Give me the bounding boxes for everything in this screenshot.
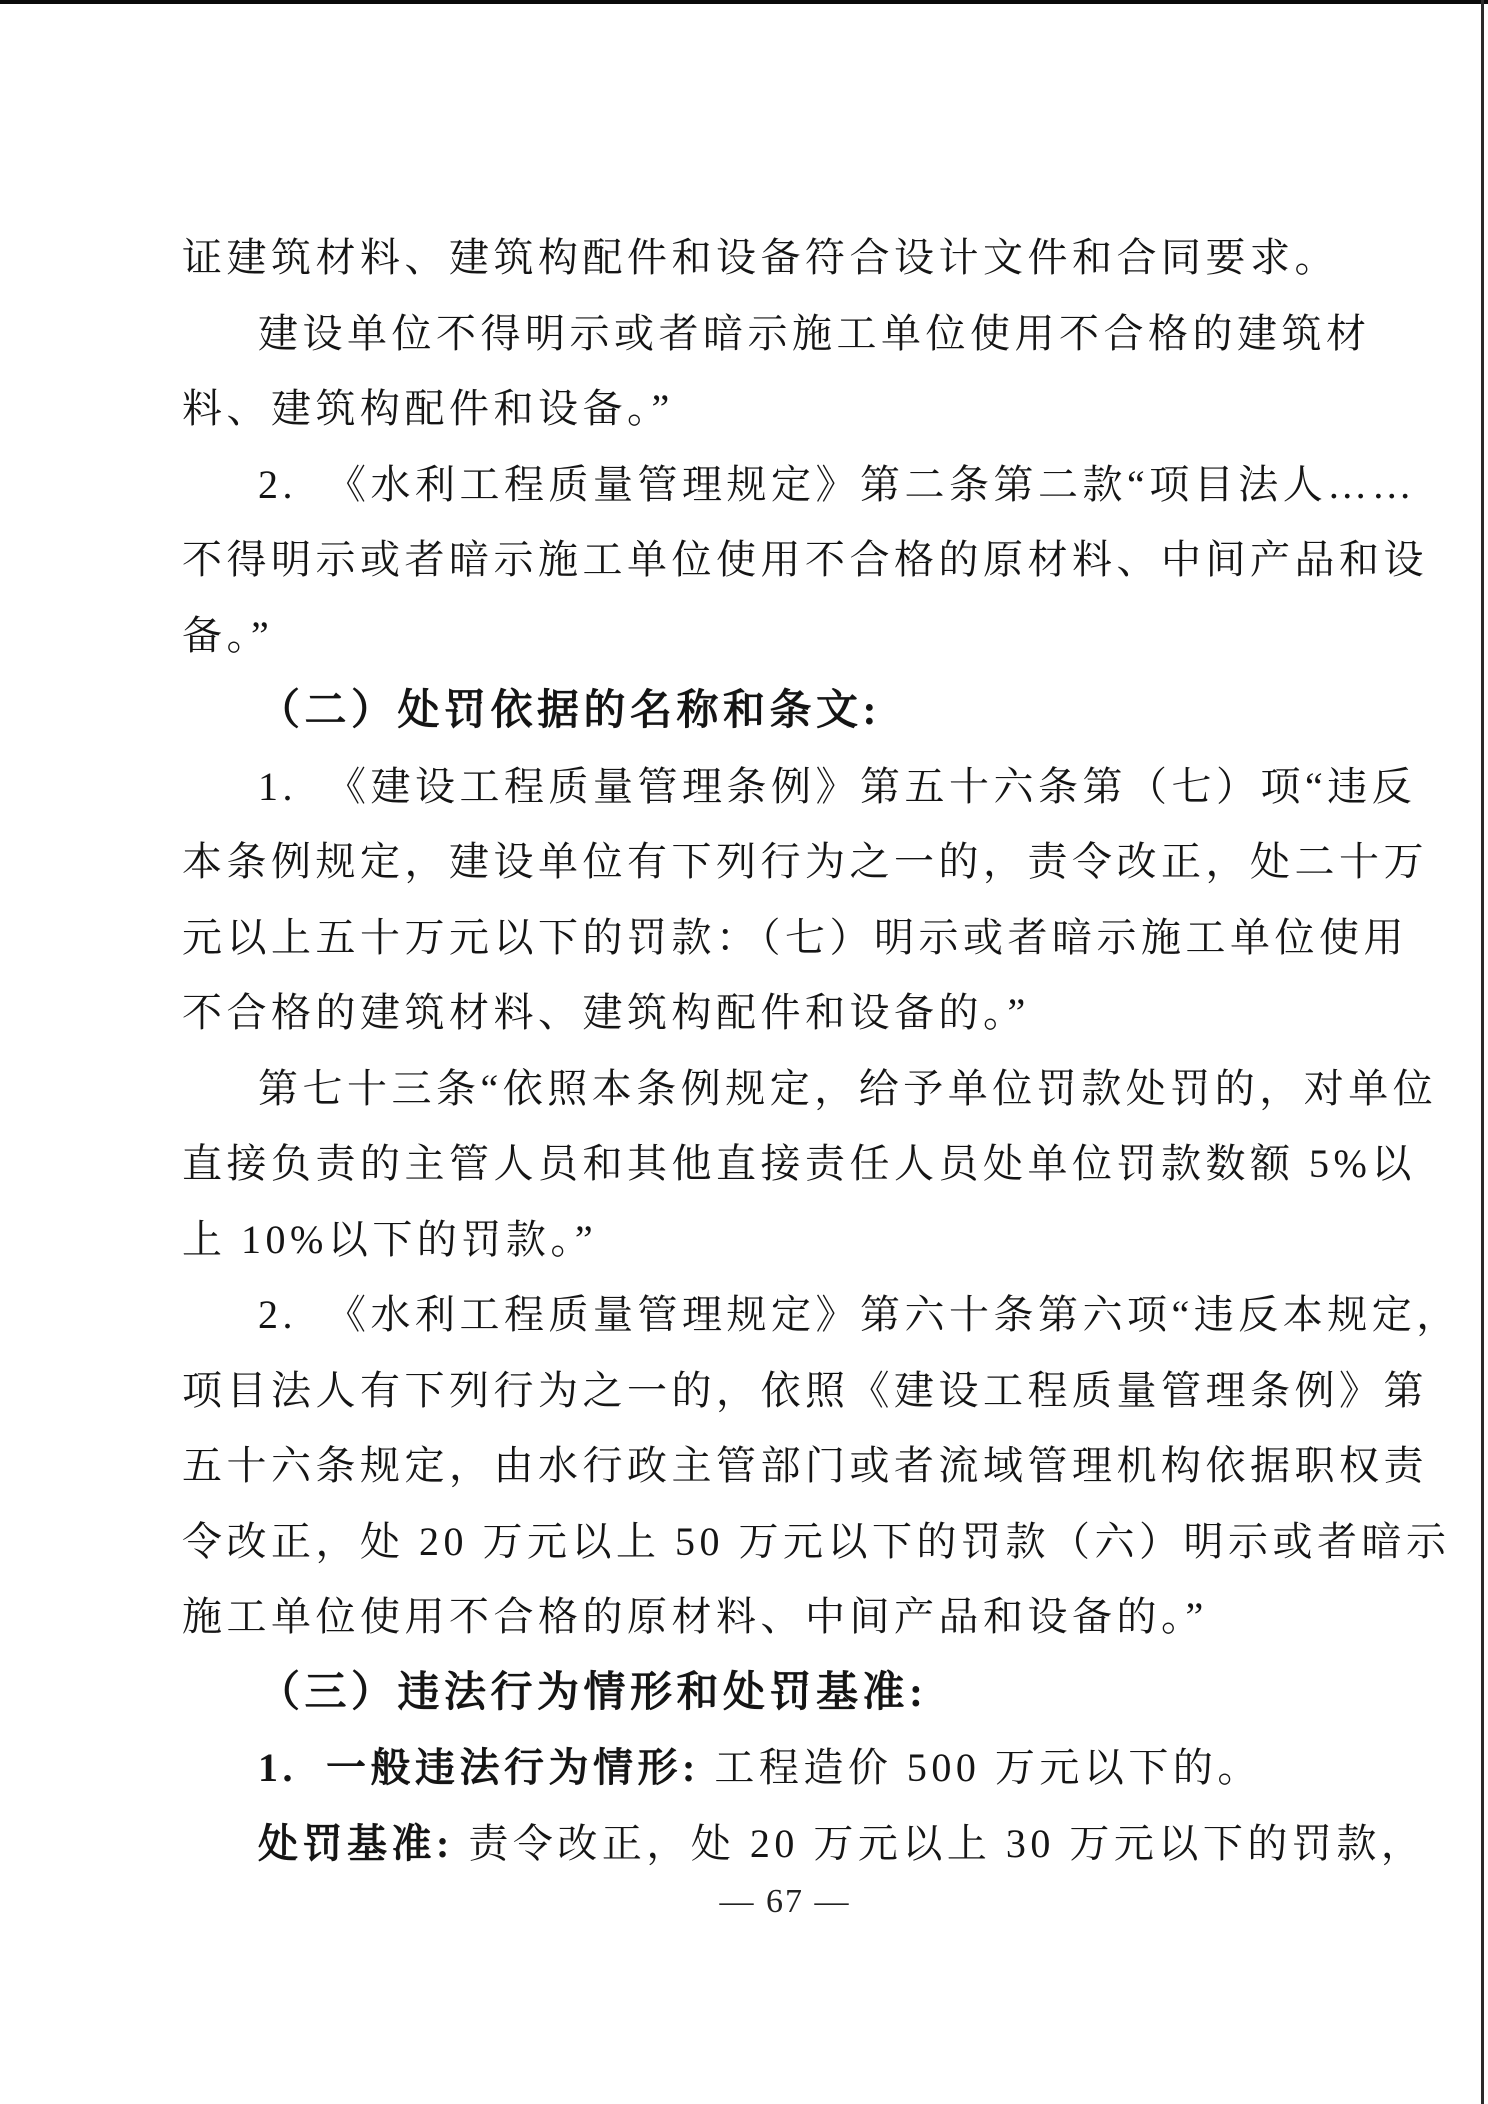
text-line: 上 10%以下的罚款。” xyxy=(182,1202,1372,1278)
page-top-border xyxy=(0,0,1488,4)
text-line: 项目法人有下列行为之一的，依照《建设工程质量管理条例》第 xyxy=(182,1353,1372,1429)
text-line: 1. 一般违法行为情形: 工程造价 500 万元以下的。 xyxy=(182,1730,1372,1806)
text-line: 第七十三条“依照本条例规定，给予单位罚款处罚的，对单位 xyxy=(182,1051,1372,1127)
text-line: 2. 《水利工程质量管理规定》第六十条第六项“违反本规定， xyxy=(182,1277,1372,1353)
text-line: 建设单位不得明示或者暗示施工单位使用不合格的建筑材 xyxy=(182,296,1372,372)
text-line: 备。” xyxy=(182,598,1372,674)
section-heading: （二）处罚依据的名称和条文: xyxy=(182,673,1372,749)
text-line: 2. 《水利工程质量管理规定》第二条第二款“项目法人…… xyxy=(182,447,1372,523)
text-line: 证建筑材料、建筑构配件和设备符合设计文件和合同要求。 xyxy=(182,220,1372,296)
text-line: 元以上五十万元以下的罚款：（七）明示或者暗示施工单位使用 xyxy=(182,900,1372,976)
text-line: 不得明示或者暗示施工单位使用不合格的原材料、中间产品和设 xyxy=(182,522,1372,598)
text-line: 直接负责的主管人员和其他直接责任人员处单位罚款数额 5%以 xyxy=(182,1126,1372,1202)
text-line: 不合格的建筑材料、建筑构配件和设备的。” xyxy=(182,975,1372,1051)
text-line: 本条例规定，建设单位有下列行为之一的，责令改正，处二十万 xyxy=(182,824,1372,900)
text-line: 1. 《建设工程质量管理条例》第五十六条第（七）项“违反 xyxy=(182,749,1372,825)
page-right-border xyxy=(1481,0,1484,2104)
text-line: 五十六条规定，由水行政主管部门或者流域管理机构依据职权责 xyxy=(182,1428,1372,1504)
text-line: 料、建筑构配件和设备。” xyxy=(182,371,1372,447)
text-line: 施工单位使用不合格的原材料、中间产品和设备的。” xyxy=(182,1579,1372,1655)
document-page: 证建筑材料、建筑构配件和设备符合设计文件和合同要求。 建设单位不得明示或者暗示施… xyxy=(0,0,1488,2104)
text-block: 证建筑材料、建筑构配件和设备符合设计文件和合同要求。 建设单位不得明示或者暗示施… xyxy=(182,220,1372,1881)
page-number: — 67 — xyxy=(182,1880,1388,1924)
text-line: 令改正，处 20 万元以上 50 万元以下的罚款（六）明示或者暗示 xyxy=(182,1504,1372,1580)
section-heading: （三）违法行为情形和处罚基准: xyxy=(182,1655,1372,1731)
text-line: 处罚基准: 责令改正，处 20 万元以上 30 万元以下的罚款， xyxy=(182,1806,1372,1882)
